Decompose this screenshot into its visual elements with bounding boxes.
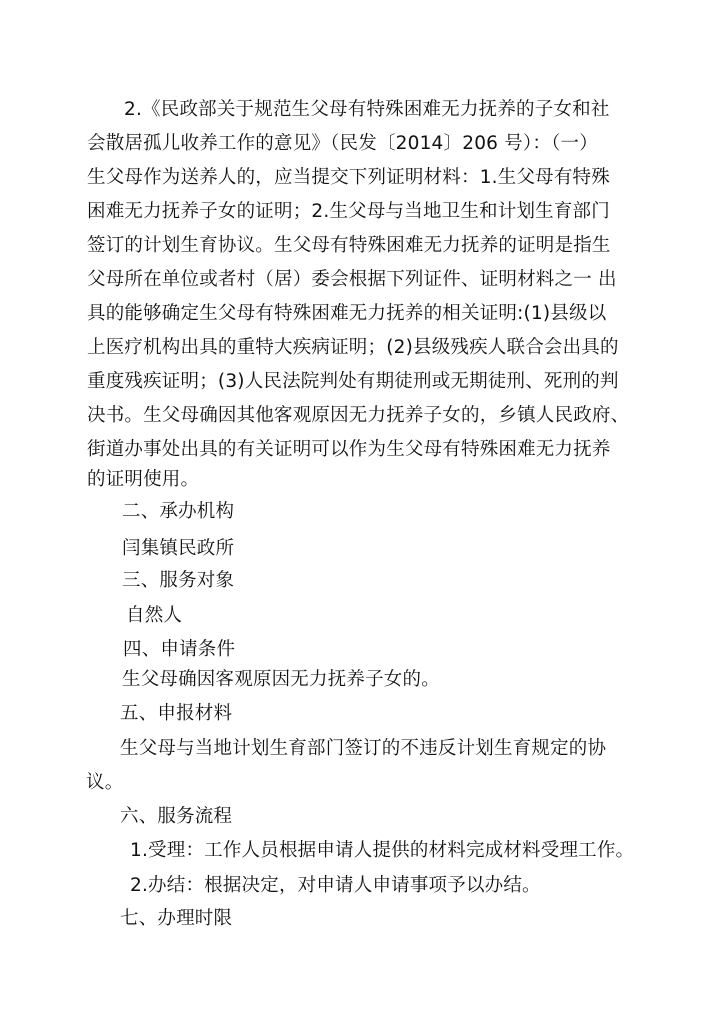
paragraph-line-9: 重度残疾证明；(3)人民法院判处有期徒刑或无期徒刑、死刑的判 (87, 370, 619, 394)
paragraph-line-11: 街道办事处出具的有关证明可以作为生父母有特殊困难无力抚养 (87, 438, 611, 462)
section-body-service-target: 自然人 (126, 604, 182, 628)
section-heading-materials: 五、申报材料 (120, 702, 232, 726)
section-body-materials-line2: 议。 (86, 771, 123, 795)
paragraph-line-2: 会散居孤儿收养工作的意见》（民发〔2014〕206 号）：（一） (87, 132, 598, 156)
section-body-materials-line1: 生父母与当地计划生育部门签订的不违反计划生育规定的协 (120, 737, 606, 761)
section-heading-process: 六、服务流程 (120, 805, 232, 829)
paragraph-line-4: 困难无力抚养子女的证明；2.生父母与当地卫生和计划生育部门 (87, 200, 610, 224)
process-step-complete: 2.办结：根据决定，对申请人申请事项予以办结。 (130, 874, 541, 898)
section-heading-service-target: 三、服务对象 (122, 569, 234, 593)
paragraph-line-7: 具的能够确定生父母有特殊困难无力抚养的相关证明:(1)县级以 (87, 302, 606, 326)
paragraph-line-8: 上医疗机构出具的重特大疾病证明；(2)县级残疾人联合会出具的 (87, 336, 619, 360)
section-heading-time-limit: 七、办理时限 (120, 907, 232, 931)
paragraph-line-10: 决书。生父母确因其他客观原因无力抚养子女的，乡镇人民政府、 (87, 404, 629, 428)
document-page: 2.《民政部关于规范生父母有特殊困难无力抚养的子女和社 会散居孤儿收养工作的意见… (0, 0, 715, 1011)
process-step-accept: 1.受理：工作人员根据申请人提供的材料完成材料受理工作。 (130, 839, 634, 863)
paragraph-line-1: 2.《民政部关于规范生父母有特殊困难无力抚养的子女和社 (124, 98, 610, 122)
section-heading-conditions: 四、申请条件 (123, 638, 235, 662)
section-body-agency: 闫集镇民政所 (122, 537, 234, 561)
section-heading-agency: 二、承办机构 (122, 500, 234, 524)
paragraph-line-3: 生父母作为送养人的，应当提交下列证明材料：1.生父母有特殊 (87, 166, 610, 190)
section-body-conditions: 生父母确因客观原因无力抚养子女的。 (122, 668, 440, 692)
paragraph-line-6: 父母所在单位或者村（居）委会根据下列证件、证明材料之一 出 (87, 268, 617, 292)
paragraph-line-12: 的证明使用。 (87, 468, 199, 492)
paragraph-line-5: 签订的计划生育协议。生父母有特殊困难无力抚养的证明是指生 (87, 234, 611, 258)
